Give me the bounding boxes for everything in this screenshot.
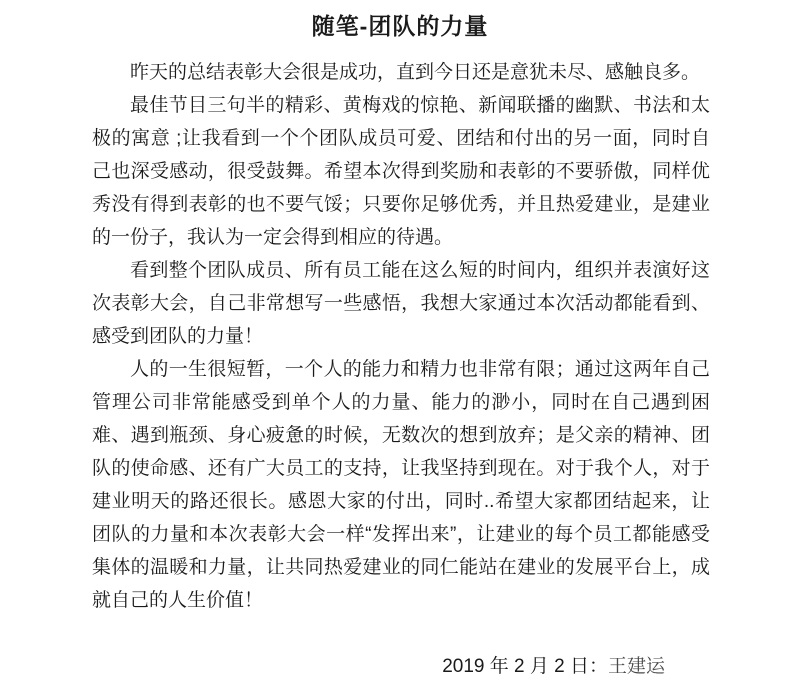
signature-name: 王建运 xyxy=(608,655,665,677)
paragraph: 最佳节目三句半的精彩、黄梅戏的惊艳、新闻联播的幽默、书法和太极的寓意 ;让我看到… xyxy=(92,89,710,254)
document-page: 随笔-团队的力量 昨天的总结表彰大会很是成功，直到今日还是意犹未尽、感触良多。 … xyxy=(0,0,800,696)
signature-date: 2019 年 2 月 2 日： xyxy=(442,656,608,677)
paragraph: 看到整个团队成员、所有员工能在这么短的时间内，组织并表演好这次表彰大会，自己非常… xyxy=(92,254,710,353)
paragraph: 人的一生很短暂，一个人的能力和精力也非常有限；通过这两年自己管理公司非常能感受到… xyxy=(92,353,710,617)
signature-line: 2019 年 2 月 2 日：王建运 xyxy=(442,652,665,681)
document-body: 昨天的总结表彰大会很是成功，直到今日还是意犹未尽、感触良多。 最佳节目三句半的精… xyxy=(92,56,710,617)
document-title: 随笔-团队的力量 xyxy=(0,8,800,41)
paragraph: 昨天的总结表彰大会很是成功，直到今日还是意犹未尽、感触良多。 xyxy=(92,56,710,89)
